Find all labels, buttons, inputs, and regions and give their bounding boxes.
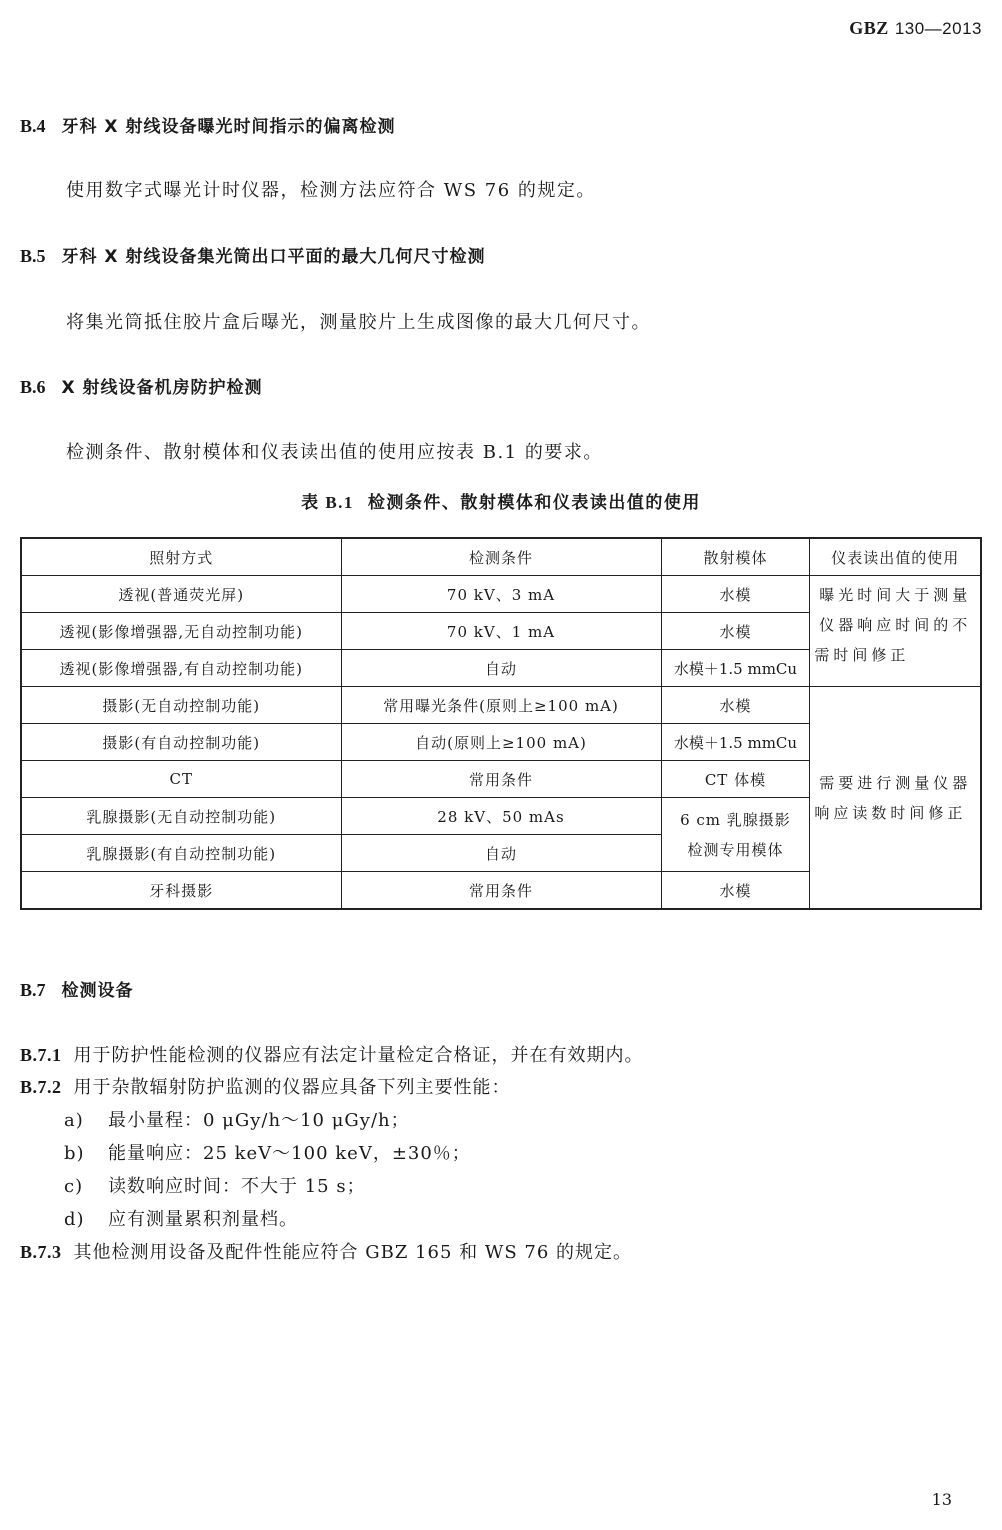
page-number: 13 — [932, 1490, 952, 1509]
table-row: 摄影(无自动控制功能) 常用曝光条件(原则上≥100 mA) 水模 需要进行测量… — [21, 687, 981, 724]
list-item: c)读数响应时间：不大于 15 s； — [64, 1172, 366, 1198]
detection-conditions-table: 照射方式 检测条件 散射模体 仪表读出值的使用 透视(普通荧光屏) 70 kV、… — [20, 537, 982, 910]
table-cell: 水模＋1.5 mmCu — [661, 650, 810, 687]
table-cell: 透视(影像增强器,无自动控制功能) — [21, 613, 341, 650]
list-item-text: 最小量程：0 μGy/h～10 μGy/h； — [108, 1110, 410, 1131]
list-item-label: c) — [64, 1176, 108, 1197]
clause-b7-1: B.7.1用于防护性能检测的仪器应有法定计量检定合格证，并在有效期内。 — [20, 1041, 644, 1067]
table-cell: 70 kV、1 mA — [341, 613, 661, 650]
clause-b7-3: B.7.3其他检测用设备及配件性能应符合 GBZ 165 和 WS 76 的规定… — [20, 1238, 632, 1264]
list-item: d)应有测量累积剂量档。 — [64, 1205, 298, 1231]
section-heading-b7: B.7检测设备 — [20, 976, 134, 1001]
list-item-text: 读数响应时间：不大于 15 s； — [108, 1176, 366, 1197]
list-item: a)最小量程：0 μGy/h～10 μGy/h； — [64, 1106, 410, 1132]
section-number: B.7 — [20, 980, 46, 1000]
table-cell: 水模 — [661, 872, 810, 910]
table-caption-title: 检测条件、散射模体和仪表读出值的使用 — [368, 493, 701, 513]
section-body-b4: 使用数字式曝光计时仪器，检测方法应符合 WS 76 的规定。 — [66, 176, 596, 202]
list-item-text: 能量响应：25 keV～100 keV，±30％； — [108, 1143, 471, 1164]
list-item: b)能量响应：25 keV～100 keV，±30％； — [64, 1139, 471, 1165]
table-cell: 牙科摄影 — [21, 872, 341, 910]
column-header: 照射方式 — [21, 538, 341, 576]
table-cell: 水模 — [661, 576, 810, 613]
section-number: B.5 — [20, 246, 46, 266]
column-header: 仪表读出值的使用 — [810, 538, 981, 576]
table-cell: 常用条件 — [341, 872, 661, 910]
table-cell: 70 kV、3 mA — [341, 576, 661, 613]
section-title: 检测设备 — [62, 981, 134, 1001]
standard-number: GBZ130—2013 — [849, 18, 982, 39]
section-title: 牙科 X 射线设备集光筒出口平面的最大几何尺寸检测 — [62, 247, 486, 267]
table-caption: 表 B.1检测条件、散射模体和仪表读出值的使用 — [0, 488, 1002, 513]
table-row: 透视(普通荧光屏) 70 kV、3 mA 水模 曝光时间大于测量仪器响应时间的不… — [21, 576, 981, 613]
standard-code: 130—2013 — [895, 19, 982, 38]
section-title: X 射线设备机房防护检测 — [62, 378, 263, 398]
clause-text: 用于防护性能检测的仪器应有法定计量检定合格证，并在有效期内。 — [74, 1045, 644, 1066]
section-heading-b5: B.5牙科 X 射线设备集光筒出口平面的最大几何尺寸检测 — [20, 242, 485, 267]
table-note-cell: 曝光时间大于测量仪器响应时间的不需时间修正 — [810, 576, 981, 687]
clause-number: B.7.3 — [20, 1242, 62, 1262]
table-cell: 自动(原则上≥100 mA) — [341, 724, 661, 761]
table-cell: 28 kV、50 mAs — [341, 798, 661, 835]
section-body-b6: 检测条件、散射模体和仪表读出值的使用应按表 B.1 的要求。 — [66, 438, 603, 464]
table-header-row: 照射方式 检测条件 散射模体 仪表读出值的使用 — [21, 538, 981, 576]
column-header: 散射模体 — [661, 538, 810, 576]
table-cell: 乳腺摄影(有自动控制功能) — [21, 835, 341, 872]
clause-text: 用于杂散辐射防护监测的仪器应具备下列主要性能： — [74, 1077, 511, 1098]
section-body-b5: 将集光筒抵住胶片盒后曝光，测量胶片上生成图像的最大几何尺寸。 — [66, 308, 651, 334]
table-caption-number: 表 B.1 — [301, 493, 354, 512]
table-cell: 透视(影像增强器,有自动控制功能) — [21, 650, 341, 687]
table-cell: 常用条件 — [341, 761, 661, 798]
table-cell: 常用曝光条件(原则上≥100 mA) — [341, 687, 661, 724]
list-item-label: b) — [64, 1143, 108, 1164]
table-cell: 6 cm 乳腺摄影检测专用模体 — [661, 798, 810, 872]
clause-text: 其他检测用设备及配件性能应符合 GBZ 165 和 WS 76 的规定。 — [74, 1242, 633, 1263]
section-title: 牙科 X 射线设备曝光时间指示的偏离检测 — [62, 117, 396, 137]
table-cell: CT — [21, 761, 341, 798]
section-heading-b4: B.4牙科 X 射线设备曝光时间指示的偏离检测 — [20, 112, 395, 137]
section-number: B.4 — [20, 116, 46, 136]
table-cell: 透视(普通荧光屏) — [21, 576, 341, 613]
table-cell: CT 体模 — [661, 761, 810, 798]
table-cell: 水模＋1.5 mmCu — [661, 724, 810, 761]
table-cell: 乳腺摄影(无自动控制功能) — [21, 798, 341, 835]
table-cell: 摄影(有自动控制功能) — [21, 724, 341, 761]
table-cell: 自动 — [341, 650, 661, 687]
clause-number: B.7.1 — [20, 1045, 62, 1065]
list-item-label: d) — [64, 1209, 108, 1230]
column-header: 检测条件 — [341, 538, 661, 576]
table-cell: 水模 — [661, 613, 810, 650]
table-note-cell: 需要进行测量仪器响应读数时间修正 — [810, 687, 981, 910]
section-number: B.6 — [20, 377, 46, 397]
table-cell: 摄影(无自动控制功能) — [21, 687, 341, 724]
standard-prefix: GBZ — [849, 18, 889, 38]
section-heading-b6: B.6X 射线设备机房防护检测 — [20, 373, 263, 398]
list-item-text: 应有测量累积剂量档。 — [108, 1209, 298, 1230]
table-cell: 水模 — [661, 687, 810, 724]
clause-number: B.7.2 — [20, 1077, 62, 1097]
list-item-label: a) — [64, 1110, 108, 1131]
table-cell: 自动 — [341, 835, 661, 872]
clause-b7-2: B.7.2用于杂散辐射防护监测的仪器应具备下列主要性能： — [20, 1073, 511, 1099]
